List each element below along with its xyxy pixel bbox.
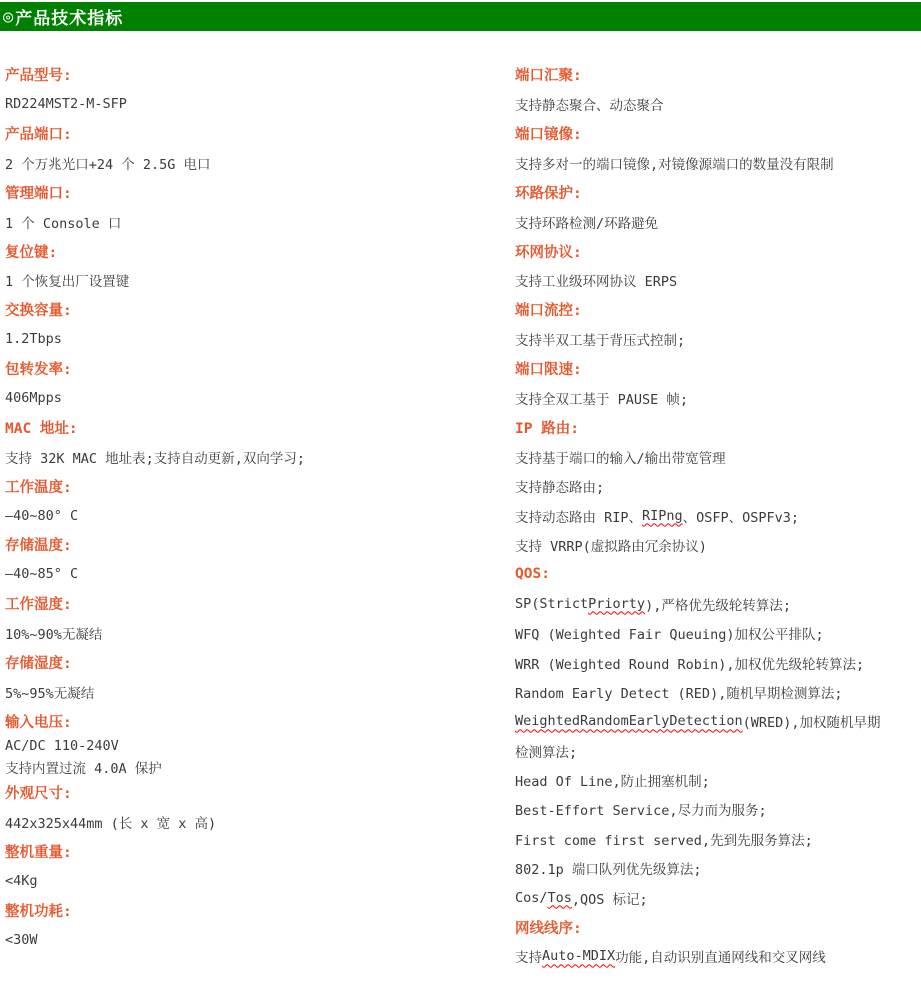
spec-text: 1 个恢复出厂设置键: [5, 270, 129, 290]
spec-heading: 端口限速:: [515, 354, 915, 383]
spec-text: 支持 VRRP(虚拟路由冗余协议): [515, 535, 707, 555]
spec-value: WeightedRandomEarlyDetection (WRED),加权随机…: [515, 707, 915, 736]
spec-heading: 产品端口:: [5, 119, 515, 148]
spec-value: 2 个万兆光口+24 个 2.5G 电口: [5, 148, 515, 177]
product-spec-page: ◎ 产品技术指标 产品型号:RD224MST2-M-SFP产品端口:2 个万兆光…: [0, 0, 921, 991]
spec-text: RD224MST2-M-SFP: [5, 96, 127, 112]
spec-text: 支持工业级环网协议 ERPS: [515, 270, 677, 290]
spec-text: 支持动态路由 RIP、: [515, 506, 642, 526]
misspelled-word: Priorty: [588, 596, 645, 612]
spec-text: AC/DC 110-240V: [5, 738, 119, 754]
spec-text: ,QOS 标记;: [572, 888, 648, 908]
spec-text: <4Kg: [5, 873, 38, 889]
spec-text: ),严格优先级轮转算法;: [645, 594, 791, 614]
spec-text: Cos/: [515, 890, 548, 906]
spec-text: 支持基于端口的输入/输出带宽管理: [515, 447, 726, 467]
spec-text: 支持多对一的端口镜像,对镜像源端口的数量没有限制: [515, 153, 834, 173]
spec-text: Best-Effort Service,尽力而为服务;: [515, 799, 767, 819]
spec-value: 支持静态聚合、动态聚合: [515, 89, 915, 118]
spec-value: Random Early Detect (RED),随机早期检测算法;: [515, 677, 915, 706]
spec-text: 、OSFP、OSPFv3;: [683, 506, 799, 526]
spec-value: 支持全双工基于 PAUSE 帧;: [515, 383, 915, 412]
spec-text: (WRED),加权随机早期: [743, 711, 881, 731]
spec-text: 支持 32K MAC 地址表;支持自动更新,双向学习;: [5, 447, 305, 467]
spec-heading: 环网协议:: [515, 236, 915, 265]
spec-value: —40~80° C: [5, 501, 515, 530]
spec-value: 检测算法;: [515, 736, 915, 765]
spec-value: <30W: [5, 925, 515, 954]
spec-text: 1 个 Console 口: [5, 212, 121, 232]
spec-value: 1 个恢复出厂设置键: [5, 266, 515, 295]
spec-value: Head Of Line,防止拥塞机制;: [515, 765, 915, 794]
spec-value: 支持动态路由 RIP、RIPng、OSFP、OSPFv3;: [515, 501, 915, 530]
spec-value: 5%~95%无凝结: [5, 677, 515, 706]
spec-value: Best-Effort Service,尽力而为服务;: [515, 795, 915, 824]
spec-text: 支持环路检测/环路避免: [515, 212, 658, 232]
spec-text: <30W: [5, 932, 38, 948]
spec-heading: 输入电压:: [5, 707, 515, 736]
spec-text: SP(Strict: [515, 596, 588, 612]
spec-value: 支持静态路由;: [515, 471, 915, 500]
spec-value: <4Kg: [5, 866, 515, 895]
spec-value: 支持多对一的端口镜像,对镜像源端口的数量没有限制: [515, 148, 915, 177]
spec-heading: MAC 地址:: [5, 413, 515, 442]
spec-heading: 环路保护:: [515, 178, 915, 207]
spec-text: 1.2Tbps: [5, 331, 62, 347]
spec-heading: 网线线序:: [515, 912, 915, 941]
spec-heading: IP 路由:: [515, 413, 915, 442]
spec-text: 检测算法;: [515, 741, 577, 761]
spec-value: 支持基于端口的输入/输出带宽管理: [515, 442, 915, 471]
spec-heading: 交换容量:: [5, 295, 515, 324]
spec-text: First come first served,先到先服务算法;: [515, 829, 813, 849]
misspelled-word: Tos: [548, 890, 572, 906]
spec-text: Head Of Line,防止拥塞机制;: [515, 770, 710, 790]
spec-text: —40~80° C: [5, 508, 78, 524]
spec-value: 10%~90%无凝结: [5, 618, 515, 647]
spec-heading: 存储湿度:: [5, 648, 515, 677]
spec-text: 支持静态聚合、动态聚合: [515, 94, 664, 114]
spec-heading: 复位键:: [5, 236, 515, 265]
spec-text: 支持全双工基于 PAUSE 帧;: [515, 388, 688, 408]
spec-value: Cos/Tos,QOS 标记;: [515, 883, 915, 912]
page-title: 产品技术指标: [15, 4, 123, 29]
spec-value: WFQ (Weighted Fair Queuing)加权公平排队;: [515, 618, 915, 647]
spec-text: 2 个万兆光口+24 个 2.5G 电口: [5, 153, 211, 173]
spec-heading: 端口流控:: [515, 295, 915, 324]
spec-text: 支持半双工基于背压式控制;: [515, 329, 685, 349]
spec-value: 支持环路检测/环路避免: [515, 207, 915, 236]
spec-heading: 整机重量:: [5, 837, 515, 866]
spec-text: Random Early Detect (RED),随机早期检测算法;: [515, 682, 842, 702]
spec-text: 支持静态路由;: [515, 476, 604, 496]
spec-column-left: 产品型号:RD224MST2-M-SFP产品端口:2 个万兆光口+24 个 2.…: [5, 60, 515, 971]
spec-value: 支持 VRRP(虚拟路由冗余协议): [515, 530, 915, 559]
spec-value: 支持 32K MAC 地址表;支持自动更新,双向学习;: [5, 442, 515, 471]
spec-value: 802.1p 端口队列优先级算法;: [515, 854, 915, 883]
spec-value: 支持工业级环网协议 ERPS: [515, 266, 915, 295]
spec-text: 802.1p 端口队列优先级算法;: [515, 858, 702, 878]
spec-content: 产品型号:RD224MST2-M-SFP产品端口:2 个万兆光口+24 个 2.…: [0, 31, 921, 991]
spec-text: 支持: [515, 946, 542, 966]
spec-text: 支持内置过流 4.0A 保护: [5, 757, 162, 777]
spec-value: —40~85° C: [5, 560, 515, 589]
spec-heading: 存储温度:: [5, 530, 515, 559]
spec-heading: 管理端口:: [5, 178, 515, 207]
section-header-bar: ◎ 产品技术指标: [0, 2, 921, 31]
spec-heading: 产品型号:: [5, 60, 515, 89]
spec-value: AC/DC 110-240V: [5, 736, 515, 757]
spec-value: 支持内置过流 4.0A 保护: [5, 757, 515, 778]
misspelled-word: Auto-MDIX: [542, 948, 615, 964]
spec-value: 1 个 Console 口: [5, 207, 515, 236]
spec-value: First come first served,先到先服务算法;: [515, 824, 915, 853]
spec-value: 442x325x44mm (长 x 宽 x 高): [5, 807, 515, 836]
spec-heading: QOS:: [515, 560, 915, 589]
spec-value: 406Mpps: [5, 383, 515, 412]
spec-text: 10%~90%无凝结: [5, 623, 102, 643]
spec-value: WRR (Weighted Round Robin),加权优先级轮转算法;: [515, 648, 915, 677]
spec-heading: 端口镜像:: [515, 119, 915, 148]
spec-heading: 包转发率:: [5, 354, 515, 383]
spec-text: —40~85° C: [5, 566, 78, 582]
spec-column-right: 端口汇聚:支持静态聚合、动态聚合端口镜像:支持多对一的端口镜像,对镜像源端口的数…: [515, 60, 915, 971]
spec-text: 406Mpps: [5, 390, 62, 406]
spec-heading: 外观尺寸:: [5, 778, 515, 807]
spec-heading: 工作温度:: [5, 471, 515, 500]
spec-text: 442x325x44mm (长 x 宽 x 高): [5, 812, 216, 832]
spec-value: RD224MST2-M-SFP: [5, 89, 515, 118]
spec-heading: 端口汇聚:: [515, 60, 915, 89]
spec-value: SP(Strict Priorty),严格优先级轮转算法;: [515, 589, 915, 618]
spec-heading: 工作湿度:: [5, 589, 515, 618]
spec-value: 支持半双工基于背压式控制;: [515, 325, 915, 354]
spec-value: 1.2Tbps: [5, 325, 515, 354]
spec-value: 支持 Auto-MDIX 功能,自动识别直通网线和交叉网线: [515, 942, 915, 971]
spec-heading: 整机功耗:: [5, 896, 515, 925]
misspelled-word: WeightedRandomEarlyDetection: [515, 713, 743, 729]
spec-text: WRR (Weighted Round Robin),加权优先级轮转算法;: [515, 653, 864, 673]
spec-text: 功能,自动识别直通网线和交叉网线: [615, 946, 826, 966]
bullseye-bullet-icon: ◎: [3, 7, 14, 27]
misspelled-word: RIPng: [642, 508, 683, 524]
spec-text: 5%~95%无凝结: [5, 682, 94, 702]
spec-text: WFQ (Weighted Fair Queuing)加权公平排队;: [515, 623, 824, 643]
